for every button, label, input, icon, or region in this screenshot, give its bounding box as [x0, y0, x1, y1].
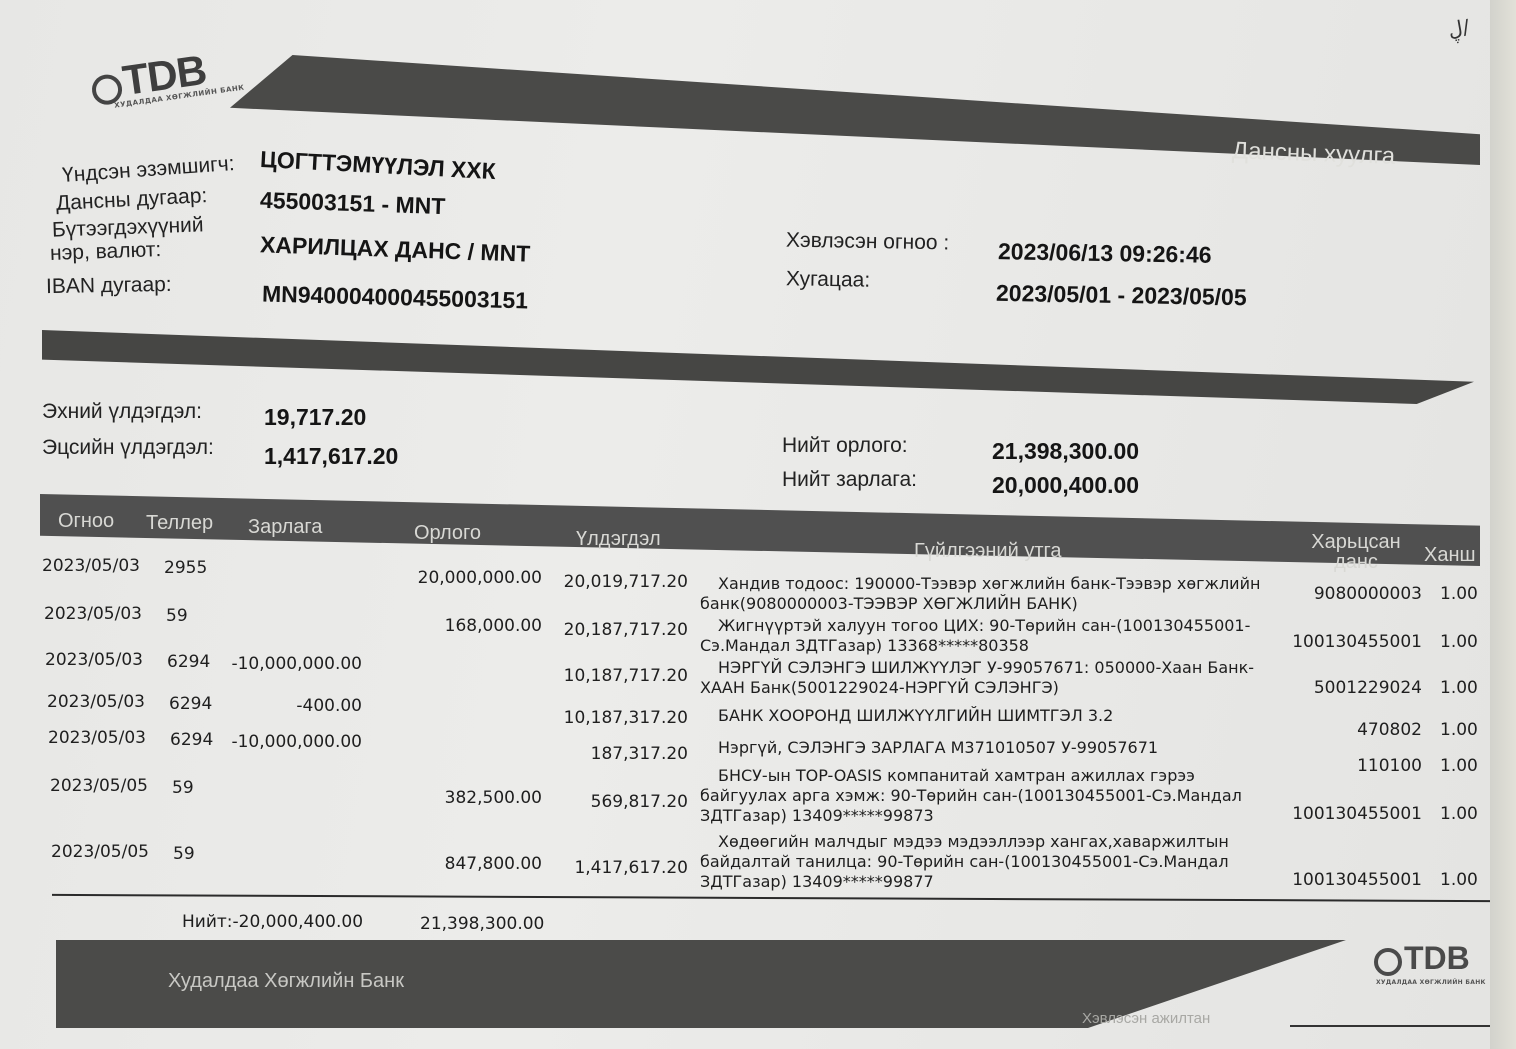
paper-edge [1490, 0, 1516, 1049]
handwritten-mark: ڸ/ [1446, 14, 1471, 41]
cell-credit: 382,500.00 [380, 788, 542, 808]
cell-balance: 1,417,617.20 [540, 858, 688, 878]
totals-debit-value: -20,000,400.00 [233, 912, 364, 932]
cell-debit: -10,000,000.00 [180, 732, 362, 752]
col-rate: Ханш [1424, 544, 1476, 567]
cell-balance: 10,187,317.20 [540, 708, 688, 728]
total-income-label: Нийт орлого: [782, 434, 908, 458]
cell-counter-account: 110100 [1270, 756, 1422, 776]
document-title: Дансны хуулга [1232, 137, 1396, 171]
col-counter-account: Харьцсан данс [1306, 532, 1406, 572]
cell-rate: 1.00 [1440, 870, 1478, 890]
cell-counter-account: 9080000003 [1270, 584, 1422, 604]
cell-date: 2023/05/05 [50, 776, 148, 796]
footer-printed-by-label: Хэвлэсэн ажилтан [1082, 1010, 1210, 1027]
cell-description: Жигнүүртэй халуун тогоо ЦИХ: 90-Төрийн с… [700, 616, 1270, 656]
cell-rate: 1.00 [1440, 720, 1478, 740]
cell-date: 2023/05/03 [45, 650, 143, 670]
logo-subtext: ХУДАЛДАА ХӨГЖЛИЙН БАНК [1376, 979, 1486, 986]
total-expense-label: Нийт зарлага: [782, 468, 917, 492]
opening-balance-value: 19,717.20 [264, 404, 366, 431]
cell-credit: 168,000.00 [380, 616, 542, 636]
cell-debit: -10,000,000.00 [180, 654, 362, 674]
cell-rate: 1.00 [1440, 804, 1478, 824]
cell-date: 2023/05/03 [44, 604, 142, 624]
col-balance: Үлдэгдэл [576, 528, 661, 551]
cell-balance: 20,019,717.20 [540, 572, 688, 592]
printed-date-value: 2023/06/13 09:26:46 [998, 238, 1212, 269]
cell-date: 2023/05/03 [48, 728, 146, 748]
col-credit: Орлого [414, 522, 481, 545]
product-label-line2: нэр, валют: [50, 238, 162, 266]
cell-teller: 59 [173, 844, 195, 864]
cell-balance: 569,817.20 [540, 792, 688, 812]
cell-credit: 847,800.00 [380, 854, 542, 874]
cell-description: НЭРГҮЙ СЭЛЭНГЭ ШИЛЖҮҮЛЭГ У-99057671: 050… [700, 658, 1270, 698]
total-expense-value: 20,000,400.00 [992, 472, 1139, 499]
totals-credit-value: 21,398,300.00 [420, 914, 544, 934]
tdb-emblem-icon [1374, 948, 1402, 976]
closing-balance-value: 1,417,617.20 [264, 443, 398, 470]
cell-counter-account: 100130455001 [1270, 632, 1422, 652]
closing-balance-label: Эцсийн үлдэгдэл: [42, 436, 214, 460]
col-date: Огноо [58, 510, 114, 533]
totals-debit: Нийт:-20,000,400.00 [182, 912, 363, 932]
cell-counter-account: 5001229024 [1270, 678, 1422, 698]
cell-rate: 1.00 [1440, 584, 1478, 604]
cell-counter-account: 470802 [1270, 720, 1422, 740]
printed-date-label: Хэвлэсэн огноо : [786, 229, 950, 256]
cell-teller: 59 [172, 778, 194, 798]
col-description: Гүйлгээний утга [914, 540, 1061, 563]
cell-teller: 59 [166, 606, 188, 626]
cell-balance: 20,187,717.20 [540, 620, 688, 640]
iban-label: IBAN дугаар: [46, 273, 172, 299]
cell-rate: 1.00 [1440, 756, 1478, 776]
signature-line [1290, 1025, 1490, 1027]
cell-teller: 2955 [164, 558, 207, 578]
tdb-logo-footer: TDB ХУДАЛДАА ХӨГЖЛИЙН БАНК [1374, 940, 1486, 986]
totals-label: Нийт: [182, 912, 233, 932]
col-debit: Зарлага [248, 516, 322, 539]
cell-balance: 187,317.20 [540, 744, 688, 764]
cell-rate: 1.00 [1440, 632, 1478, 652]
col-teller: Теллер [146, 512, 213, 535]
cell-description: БАНК ХООРОНД ШИЛЖҮҮЛГИЙН ШИМТГЭЛ 3.2 [700, 706, 1270, 726]
cell-counter-account: 100130455001 [1270, 870, 1422, 890]
cell-description: Хөдөөгийн малчдыг мэдээ мэдээллээр ханга… [700, 832, 1270, 892]
cell-balance: 10,187,717.20 [540, 666, 688, 686]
period-value: 2023/05/01 - 2023/05/05 [996, 280, 1247, 311]
cell-date: 2023/05/03 [47, 692, 145, 712]
cell-date: 2023/05/03 [42, 556, 140, 576]
cell-counter-account: 100130455001 [1270, 804, 1422, 824]
cell-rate: 1.00 [1440, 678, 1478, 698]
cell-description: Нэргүй, СЭЛЭНГЭ ЗАРЛАГА M371010507 У-990… [700, 738, 1270, 758]
period-label: Хугацаа: [786, 267, 871, 292]
cell-description: Хандив тодоос: 190000-Тээвэр хөгжлийн ба… [700, 574, 1270, 614]
footer-bank-name: Худалдаа Хөгжлийн Банк [168, 970, 404, 993]
cell-description: БНСУ-ын TOP-OASIS компанитай хамтран ажи… [700, 766, 1270, 826]
opening-balance-label: Эхний үлдэгдэл: [42, 400, 202, 424]
cell-date: 2023/05/05 [51, 842, 149, 862]
cell-credit: 20,000,000.00 [380, 568, 542, 588]
logo-word: TDB [1404, 940, 1470, 976]
cell-debit: -400.00 [180, 696, 362, 716]
total-income-value: 21,398,300.00 [992, 438, 1139, 465]
